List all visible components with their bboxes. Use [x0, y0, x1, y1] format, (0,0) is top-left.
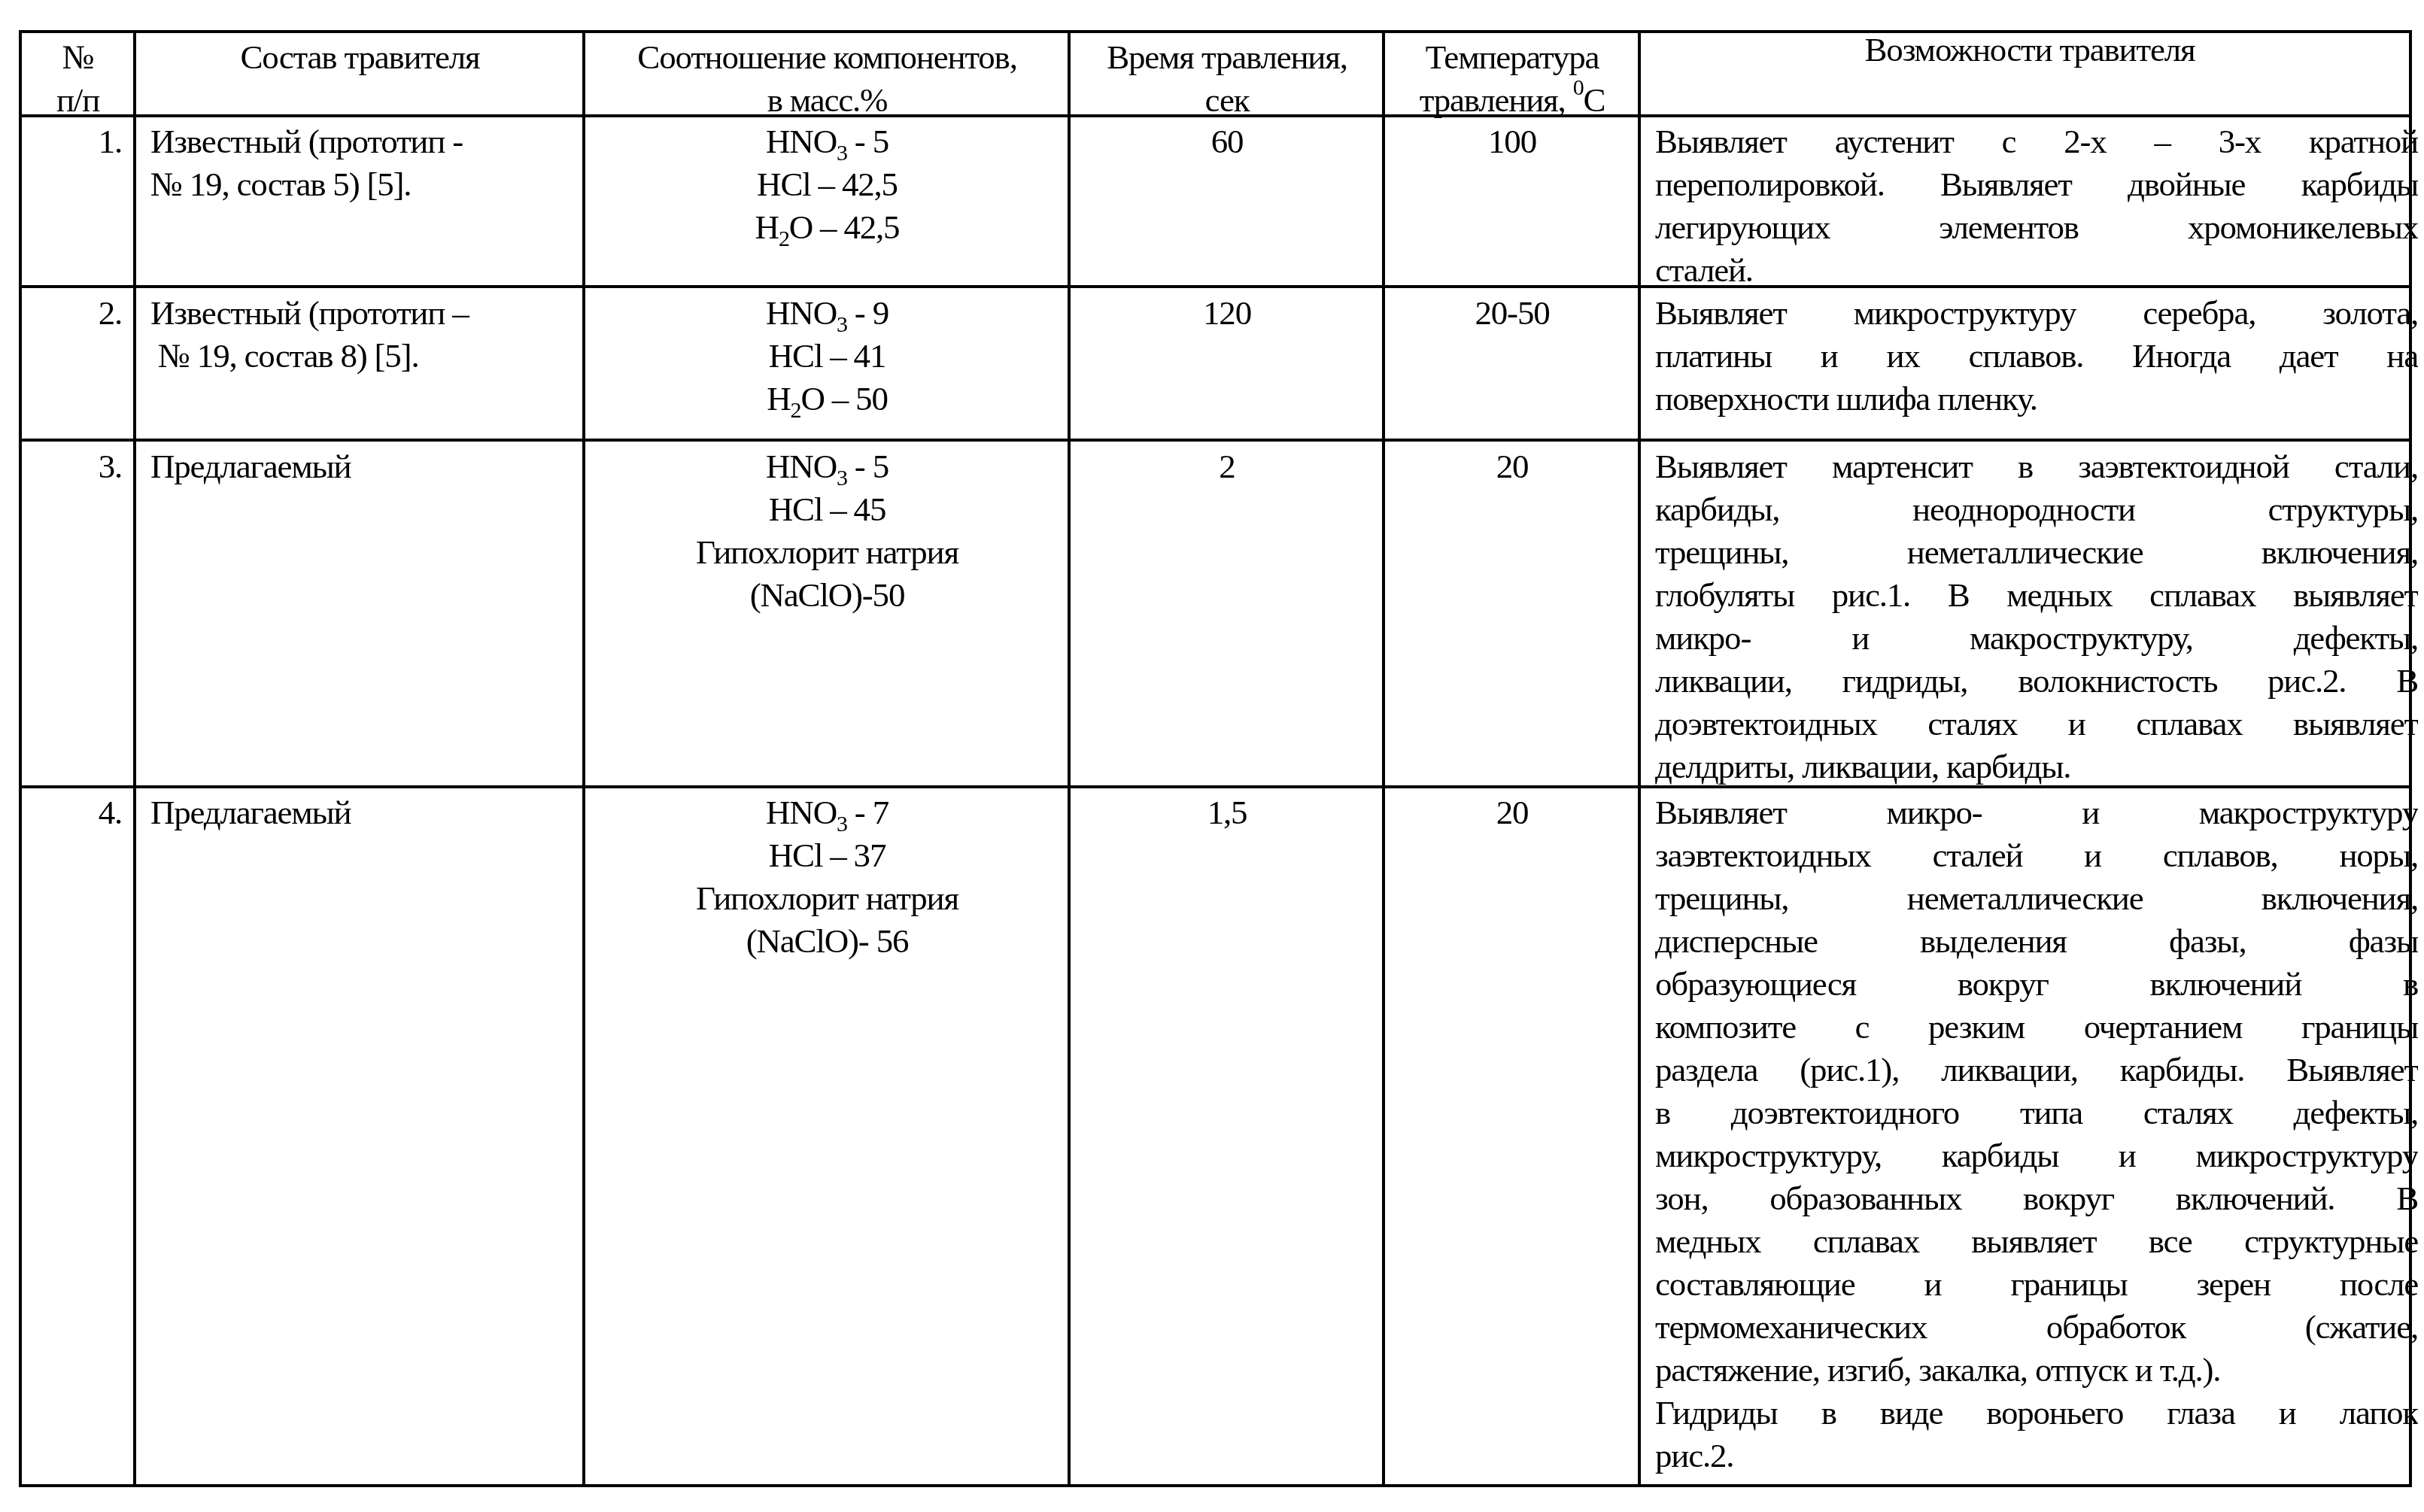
temperature-cell: 20 [1386, 791, 1639, 834]
ratio-subscript: 3 [837, 812, 847, 836]
ratio-subscript: 3 [837, 466, 847, 490]
degree-superscript: 0 [1573, 75, 1584, 100]
etch-temperature: 100 [1386, 120, 1639, 163]
capabilities-line: Выявляет микроструктуру серебра, золота, [1655, 292, 2418, 335]
composition-line: № 19, состав 5) [5]. [150, 163, 583, 206]
header-composition-line: Состав травителя [137, 36, 583, 79]
temperature-cell: 20-50 [1386, 292, 1639, 335]
ratio-cell: HNO3 - 7HCl – 37Гипохлорит натрия(NaClO)… [586, 791, 1068, 963]
row-number: 2. [22, 292, 122, 335]
temperature-unit: C [1583, 81, 1605, 119]
etch-temperature: 20 [1386, 791, 1639, 834]
capabilities-line: составляющие и границы зерен после [1655, 1263, 2418, 1306]
composition-cell: Известный (прототип -№ 19, состав 5) [5]… [137, 120, 583, 206]
composition-cell: Предлагаемый [137, 445, 583, 488]
ratio-value: - 9 [847, 294, 888, 332]
header-ratio: Соотношение компонентов, в масс.% [586, 36, 1068, 122]
ratio-value: - 5 [847, 123, 888, 160]
column-divider [133, 30, 136, 1487]
row-number: 1. [22, 120, 122, 163]
composition-line: № 19, состав 8) [5]. [150, 335, 583, 378]
ratio-line: HCl – 42,5 [586, 163, 1068, 206]
capabilities-line: глобуляты рис.1. В медных сплавах выявля… [1655, 574, 2418, 617]
header-number: № п/п [22, 36, 134, 122]
capabilities-line: Выявляет микро- и макроструктуру [1655, 791, 2418, 834]
table-border-left [19, 30, 22, 1487]
ratio-component: HNO [766, 448, 837, 485]
ratio-line: HNO3 - 5 [586, 120, 1068, 163]
header-number-line: п/п [22, 79, 134, 122]
ratio-line: HCl – 37 [586, 834, 1068, 877]
etch-time: 1,5 [1071, 791, 1383, 834]
ratio-component: H [767, 380, 790, 417]
ratio-cell: HNO3 - 9HCl – 41H2O – 50 [586, 292, 1068, 421]
ratio-line: Гипохлорит натрия [586, 531, 1068, 574]
etch-temperature: 20 [1386, 445, 1639, 488]
ratio-line: HNO3 - 9 [586, 292, 1068, 335]
ratio-subscript: 2 [791, 398, 801, 423]
capabilities-line: заэвтектоидных сталей и сплавов, норы, [1655, 834, 2418, 877]
header-temperature: Температура травления, 0C [1386, 36, 1639, 122]
ratio-line: HCl – 41 [586, 335, 1068, 378]
header-number-line: № [22, 36, 134, 79]
ratio-line: HCl – 45 [586, 488, 1068, 531]
capabilities-line: делдриты, ликвации, карбиды. [1655, 745, 2418, 788]
capabilities-line: поверхности шлифа пленку. [1655, 378, 2418, 421]
capabilities-line: ликвации, гидриды, волокнистость рис.2. … [1655, 660, 2418, 703]
header-ratio-line: в масс.% [586, 79, 1068, 122]
table-border-bottom [19, 1484, 2412, 1487]
capabilities-cell: Выявляет аустенит с 2-х – 3-х кратнойпер… [1642, 120, 2418, 292]
row-number-cell: 1. [22, 120, 134, 163]
composition-line: Известный (прототип – [150, 292, 583, 335]
ratio-value: O – 50 [800, 380, 887, 417]
composition-line: Предлагаемый [150, 791, 583, 834]
capabilities-line: сталей. [1655, 249, 2418, 292]
ratio-subscript: 2 [779, 226, 789, 251]
time-cell: 2 [1071, 445, 1383, 488]
capabilities-line: переполировкой. Выявляет двойные карбиды [1655, 163, 2418, 206]
header-time-line: Время травления, [1071, 36, 1383, 79]
capabilities-line: рис.2. [1655, 1435, 2418, 1477]
ratio-component: (NaClO)-50 [750, 576, 904, 614]
header-ratio-line: Соотношение компонентов, [586, 36, 1068, 79]
ratio-line: (NaClO)-50 [586, 574, 1068, 617]
ratio-component: HCl – 41 [769, 337, 885, 375]
ratio-line: Гипохлорит натрия [586, 877, 1068, 920]
ratio-subscript: 3 [837, 312, 847, 337]
column-divider [1638, 30, 1641, 1487]
etchant-comparison-table: № п/п Состав травителя Соотношение компо… [0, 0, 2424, 1512]
composition-cell: Предлагаемый [137, 791, 583, 834]
ratio-line: (NaClO)- 56 [586, 920, 1068, 963]
header-time: Время травления, сек [1071, 36, 1383, 122]
composition-line: Предлагаемый [150, 445, 583, 488]
capabilities-line: карбиды, неоднородности структуры, [1655, 488, 2418, 531]
capabilities-line: образующиеся вокруг включений в [1655, 963, 2418, 1006]
ratio-line: H2O – 42,5 [586, 206, 1068, 249]
row-divider [19, 439, 2412, 442]
ratio-component: HNO [766, 794, 837, 831]
etch-time: 120 [1071, 292, 1383, 335]
temperature-cell: 20 [1386, 445, 1639, 488]
header-temperature-line: травления, 0C [1386, 79, 1639, 122]
time-cell: 60 [1071, 120, 1383, 163]
capabilities-line: в доэвтектоидного типа сталях дефекты, [1655, 1091, 2418, 1134]
etch-temperature: 20-50 [1386, 292, 1639, 335]
header-capabilities-line: Возможности травителя [1642, 29, 2418, 71]
capabilities-cell: Выявляет микроструктуру серебра, золота,… [1642, 292, 2418, 421]
composition-cell: Известный (прототип – № 19, состав 8) [5… [137, 292, 583, 378]
header-temperature-text: травления, [1420, 81, 1566, 119]
ratio-component: HNO [766, 123, 837, 160]
temperature-cell: 100 [1386, 120, 1639, 163]
capabilities-line: дисперсные выделения фазы, фазы [1655, 920, 2418, 963]
composition-line: Известный (прототип - [150, 120, 583, 163]
ratio-component: HCl – 45 [769, 490, 885, 528]
etch-time: 2 [1071, 445, 1383, 488]
header-capabilities: Возможности травителя [1642, 29, 2418, 71]
capabilities-line: микро- и макроструктуру, дефекты, [1655, 617, 2418, 660]
header-time-line: сек [1071, 79, 1383, 122]
ratio-line: HNO3 - 7 [586, 791, 1068, 834]
ratio-value: O – 42,5 [789, 208, 900, 246]
row-number-cell: 4. [22, 791, 134, 834]
ratio-component: Гипохлорит натрия [696, 533, 958, 571]
ratio-line: HNO3 - 5 [586, 445, 1068, 488]
header-temperature-line: Температура [1386, 36, 1639, 79]
capabilities-line: Гидриды в виде вороньего глаза и лапок [1655, 1392, 2418, 1435]
ratio-component: H [755, 208, 779, 246]
capabilities-cell: Выявляет микро- и макроструктурузаэвтект… [1642, 791, 2418, 1477]
capabilities-cell: Выявляет мартенсит в заэвтектоидной стал… [1642, 445, 2418, 788]
column-divider [582, 30, 585, 1487]
row-number: 4. [22, 791, 122, 834]
time-cell: 1,5 [1071, 791, 1383, 834]
ratio-component: HCl – 42,5 [757, 165, 898, 203]
ratio-line: H2O – 50 [586, 378, 1068, 421]
capabilities-line: термомеханических обработок (сжатие, [1655, 1306, 2418, 1349]
capabilities-line: композите с резким очертанием границы [1655, 1006, 2418, 1049]
capabilities-line: трещины, неметаллические включения, [1655, 531, 2418, 574]
capabilities-line: доэвтектоидных сталях и сплавах выявляет [1655, 703, 2418, 745]
ratio-component: HNO [766, 294, 837, 332]
header-composition: Состав травителя [137, 36, 583, 79]
capabilities-line: растяжение, изгиб, закалка, отпуск и т.д… [1655, 1349, 2418, 1392]
capabilities-line: Выявляет мартенсит в заэвтектоидной стал… [1655, 445, 2418, 488]
ratio-subscript: 3 [837, 141, 847, 165]
ratio-cell: HNO3 - 5HCl – 45Гипохлорит натрия(NaClO)… [586, 445, 1068, 617]
ratio-component: HCl – 37 [769, 836, 885, 874]
row-number-cell: 3. [22, 445, 134, 488]
capabilities-line: раздела (рис.1), ликвации, карбиды. Выяв… [1655, 1049, 2418, 1091]
capabilities-line: легирующих элементов хромоникелевых [1655, 206, 2418, 249]
capabilities-line: зон, образованных вокруг включений. В [1655, 1177, 2418, 1220]
capabilities-line: трещины, неметаллические включения, [1655, 877, 2418, 920]
ratio-value: - 7 [847, 794, 888, 831]
etch-time: 60 [1071, 120, 1383, 163]
ratio-value: - 5 [847, 448, 888, 485]
ratio-component: (NaClO)- 56 [746, 922, 909, 960]
ratio-cell: HNO3 - 5HCl – 42,5H2O – 42,5 [586, 120, 1068, 249]
capabilities-line: платины и их сплавов. Иногда дает на [1655, 335, 2418, 378]
ratio-component: Гипохлорит натрия [696, 879, 958, 917]
capabilities-line: медных сплавах выявляет все структурные [1655, 1220, 2418, 1263]
row-number-cell: 2. [22, 292, 134, 335]
column-divider [1382, 30, 1385, 1487]
time-cell: 120 [1071, 292, 1383, 335]
capabilities-line: микроструктуру, карбиды и микроструктуру [1655, 1134, 2418, 1177]
row-number: 3. [22, 445, 122, 488]
capabilities-line: Выявляет аустенит с 2-х – 3-х кратной [1655, 120, 2418, 163]
